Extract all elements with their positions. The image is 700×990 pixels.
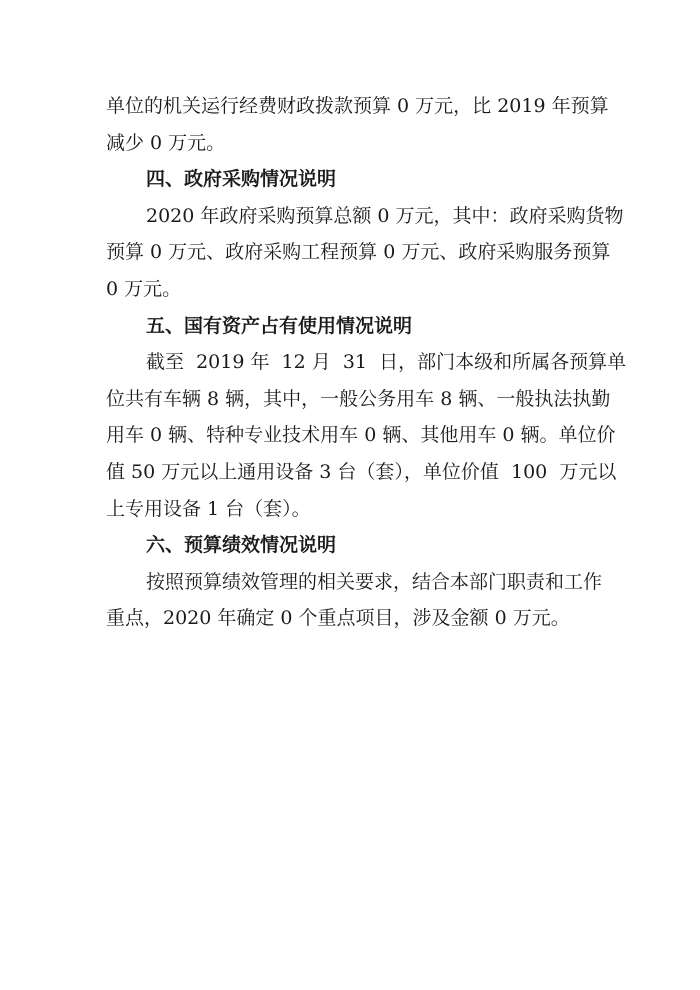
section-heading-state-assets: 五、国有资产占有使用情况说明 <box>106 308 586 345</box>
text-line: 截至 2019 年 12 月 31 日，部门本级和所属各预算单 <box>106 344 586 381</box>
paragraph-performance: 按照预算绩效管理的相关要求，结合本部门职责和工作 重点，2020 年确定 0 个… <box>106 564 586 637</box>
text-line: 2020 年政府采购预算总额 0 万元，其中：政府采购货物 <box>106 198 586 235</box>
section-heading-performance: 六、预算绩效情况说明 <box>106 527 586 564</box>
paragraph-admin-expenses: 单位的机关运行经费财政拨款预算 0 万元，比 2019 年预算 减少 0 万元。 <box>106 88 586 161</box>
text-line: 预算 0 万元、政府采购工程预算 0 万元、政府采购服务预算 <box>106 234 586 271</box>
text-line: 用车 0 辆、特种专业技术用车 0 辆、其他用车 0 辆。单位价 <box>106 417 586 454</box>
paragraph-government-procurement: 2020 年政府采购预算总额 0 万元，其中：政府采购货物 预算 0 万元、政府… <box>106 198 586 308</box>
text-line: 按照预算绩效管理的相关要求，结合本部门职责和工作 <box>106 564 586 601</box>
paragraph-state-assets: 截至 2019 年 12 月 31 日，部门本级和所属各预算单 位共有车辆 8 … <box>106 344 586 527</box>
text-line: 值 50 万元以上通用设备 3 台（套），单位价值 100 万元以 <box>106 454 586 491</box>
text-line: 上专用设备 1 台（套）。 <box>106 491 586 528</box>
text-line: 位共有车辆 8 辆，其中，一般公务用车 8 辆、一般执法执勤 <box>106 381 586 418</box>
section-heading-government-procurement: 四、政府采购情况说明 <box>106 161 586 198</box>
text-line: 重点，2020 年确定 0 个重点项目，涉及金额 0 万元。 <box>106 600 586 637</box>
document-page: 单位的机关运行经费财政拨款预算 0 万元，比 2019 年预算 减少 0 万元。… <box>106 88 586 637</box>
text-line: 0 万元。 <box>106 271 586 308</box>
text-line: 减少 0 万元。 <box>106 125 586 162</box>
text-line: 单位的机关运行经费财政拨款预算 0 万元，比 2019 年预算 <box>106 88 586 125</box>
